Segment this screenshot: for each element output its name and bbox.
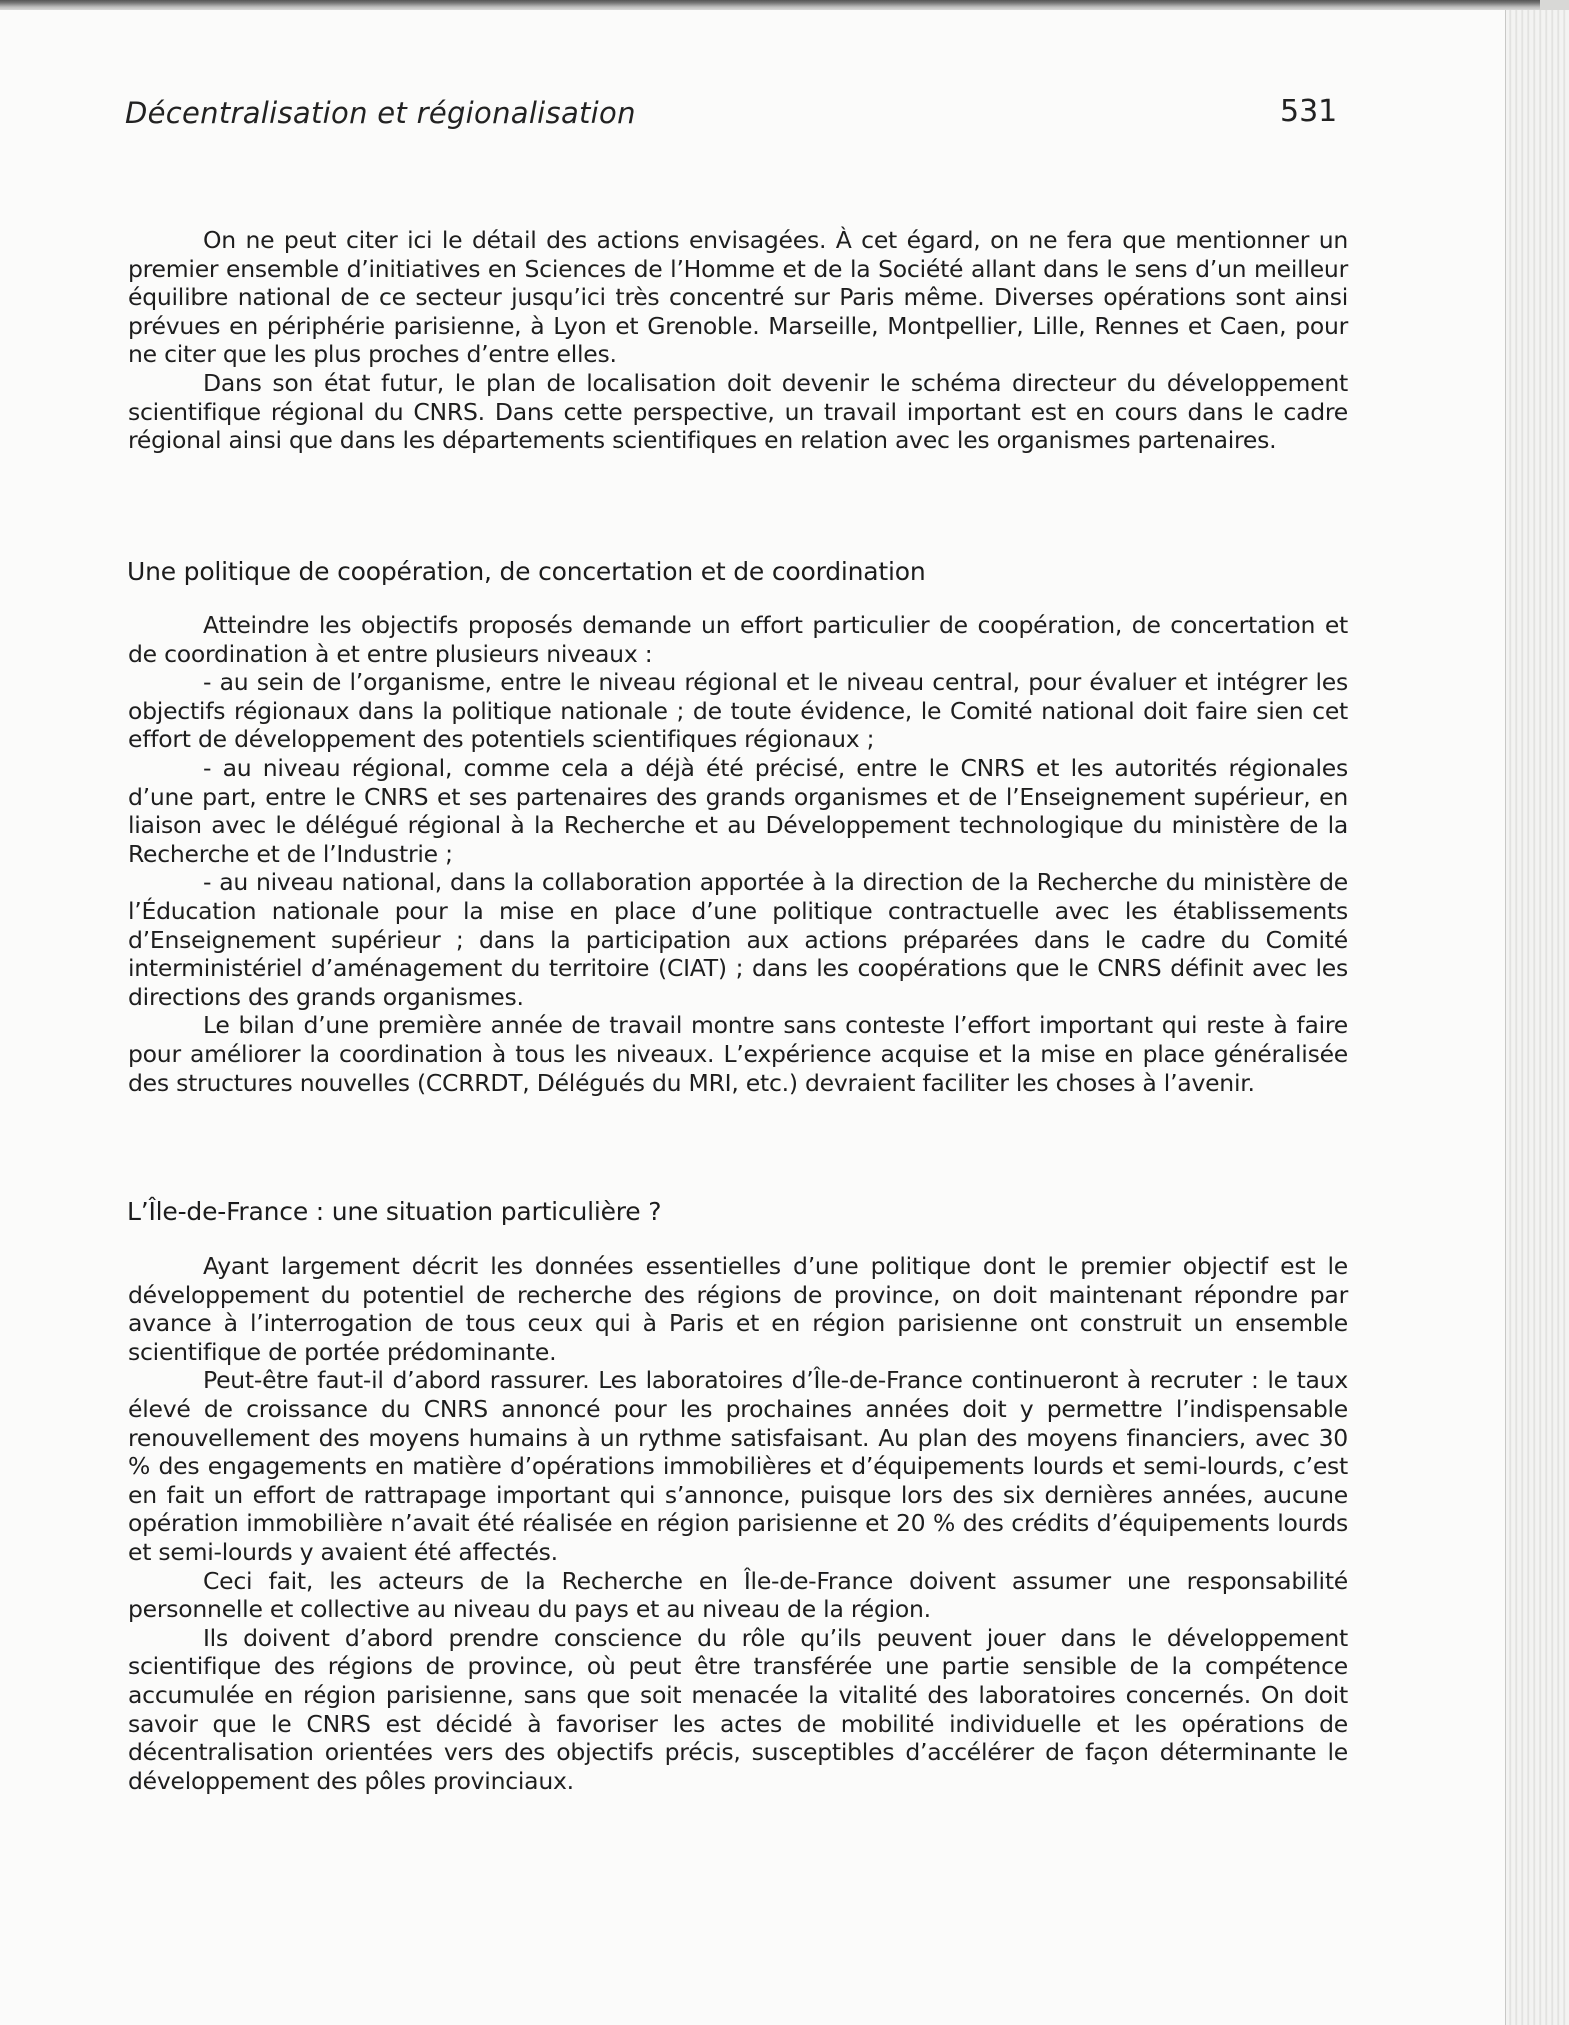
intro-section: On ne peut citer ici le détail des actio… (128, 226, 1348, 455)
cooperation-section: Atteindre les objectifs proposés demande… (128, 611, 1348, 1097)
running-title: Décentralisation et régionalisation (125, 96, 636, 130)
list-item: - au niveau national, dans la collaborat… (128, 868, 1348, 1011)
paragraph: On ne peut citer ici le détail des actio… (128, 226, 1348, 369)
paragraph: Ils doivent d’abord prendre conscience d… (128, 1624, 1348, 1796)
list-item: - au sein de l’organisme, entre le nivea… (128, 668, 1348, 754)
paragraph: Peut-être faut-il d’abord rassurer. Les … (128, 1366, 1348, 1566)
paragraph: Le bilan d’une première année de travail… (128, 1011, 1348, 1097)
section-heading-ile-de-france: L’Île-de-France : une situation particul… (127, 1197, 661, 1226)
section-heading-cooperation: Une politique de coopération, de concert… (127, 557, 926, 586)
paragraph: Ayant largement décrit les données essen… (128, 1252, 1348, 1366)
page-number: 531 (1280, 94, 1337, 129)
paragraph: Atteindre les objectifs proposés demande… (128, 611, 1348, 668)
ile-de-france-section: Ayant largement décrit les données essen… (128, 1252, 1348, 1795)
list-item: - au niveau régional, comme cela a déjà … (128, 754, 1348, 868)
paragraph: Ceci fait, les acteurs de la Recherche e… (128, 1567, 1348, 1624)
paragraph: Dans son état futur, le plan de localisa… (128, 369, 1348, 455)
page-stack-edges (1505, 10, 1569, 2025)
